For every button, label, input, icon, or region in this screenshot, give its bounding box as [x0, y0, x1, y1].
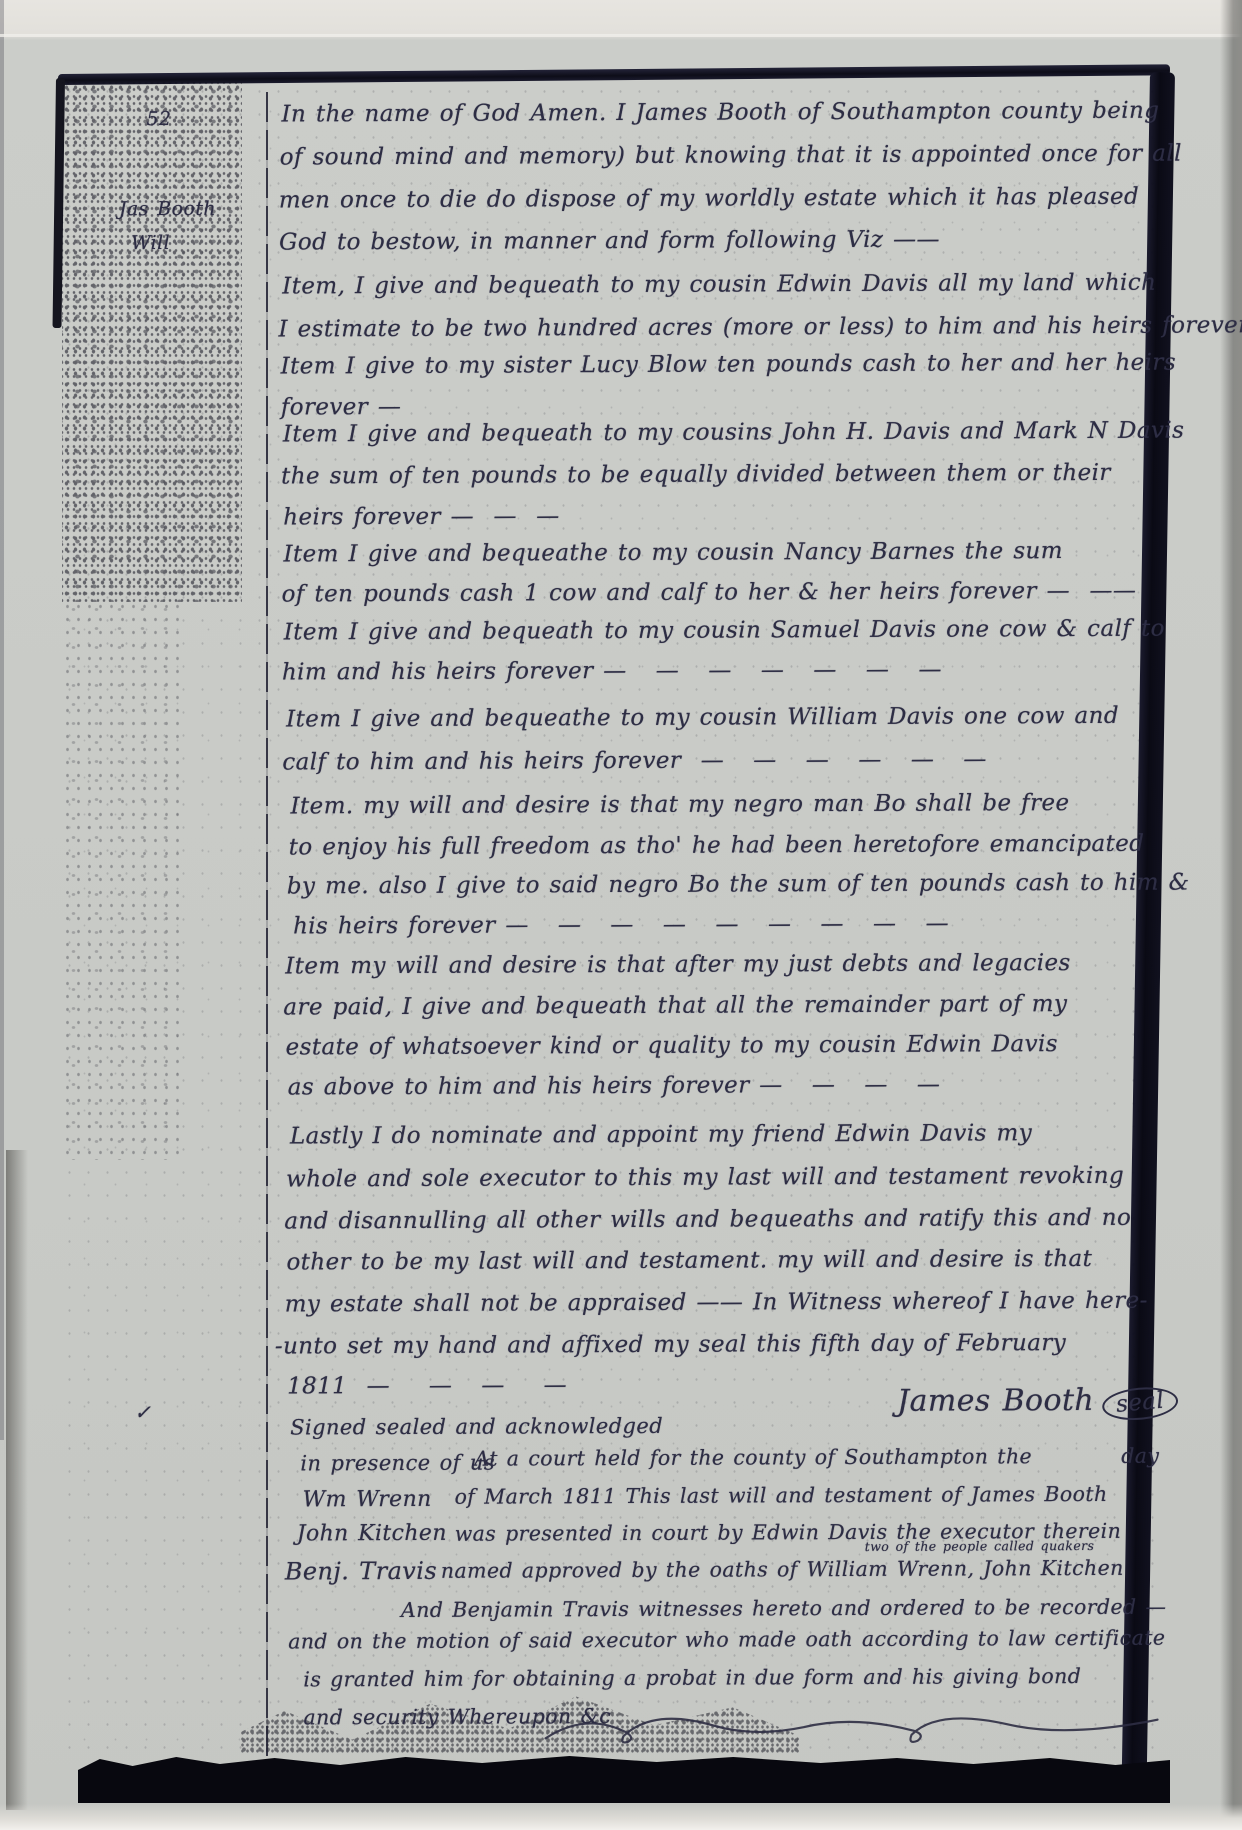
scanned-will-page: 52 Jas Booth Will ✓ In the name of God A…	[0, 0, 1242, 1830]
probate-lines-line: named approved by the oaths of William W…	[441, 1556, 1124, 1583]
signature-james-booth: James Boothseal	[897, 1383, 1178, 1421]
witness-list-line: Benj. Travis	[285, 1557, 437, 1586]
signature-name: James Booth	[897, 1383, 1094, 1419]
body-lines-line: as above to him and his heirs forever — …	[288, 1072, 941, 1101]
margin-note-will: Will	[131, 232, 170, 254]
body-lines-line: Item I give and bequeath to my cousin Sa…	[284, 616, 1165, 646]
body-lines-line: heirs forever — — —	[283, 503, 560, 530]
seal-mark: seal	[1101, 1384, 1180, 1423]
body-lines-line: are paid, I give and bequeath that all t…	[283, 991, 1067, 1020]
body-lines-line: Item my will and desire is that after my…	[285, 950, 1071, 979]
attestation-line-1: Signed sealed and acknowledged	[290, 1414, 663, 1440]
body-lines-line: his heirs forever — — — — — — — — —	[293, 911, 949, 940]
closing-flourish	[543, 1698, 1163, 1761]
body-lines-line: Item. my will and desire is that my negr…	[290, 790, 1069, 819]
attestation-line-2: in presence of us	[300, 1451, 495, 1476]
probate-lines-line: of March 1811 This last will and testame…	[454, 1482, 1107, 1509]
probate-interline-note: two of the people called quakers	[865, 1538, 1095, 1554]
checkmark: ✓	[134, 1400, 151, 1424]
body-lines-line: of ten pounds cash 1 cow and calf to her…	[282, 578, 1137, 608]
probate-text: At a court held for the county of Southa…	[0, 0, 1238, 3]
body-lines-line: Lastly I do nominate and appoint my frie…	[290, 1120, 1032, 1149]
body-lines-line: 1811 — — — —	[287, 1372, 567, 1399]
body-lines-line: whole and sole executor to this my last …	[286, 1163, 1124, 1193]
probate-lines-line: is granted him for obtaining a probat in…	[303, 1664, 1081, 1691]
body-lines-line: God to bestow, in manner and form follow…	[279, 227, 940, 256]
probate-lines-line: And Benjamin Travis witnesses hereto and…	[401, 1595, 1166, 1622]
will-body-text: In the name of God Amen. I James Booth o…	[0, 0, 1238, 3]
body-lines-line: of sound mind and memory) but knowing th…	[280, 141, 1182, 171]
body-lines-line: I estimate to be two hundred acres (more…	[278, 312, 1242, 342]
body-lines-line: estate of whatsoever kind or quality to …	[286, 1031, 1058, 1060]
body-lines-line: my estate shall not be appraised —— In W…	[285, 1288, 1148, 1318]
body-lines-line: Item I give and bequeathe to my cousin W…	[286, 703, 1119, 733]
body-lines-line: him and his heirs forever — — — — — — —	[282, 657, 942, 686]
page-number: 52	[146, 108, 171, 130]
margin-note-name: Jas Booth	[119, 198, 216, 220]
witness-list-line: Wm Wrenn	[302, 1487, 431, 1513]
witness-list: Wm WrennJohn KitchenBenj. Travis	[0, 0, 1238, 3]
body-lines-line: by me. also I give to said negro Bo the …	[287, 870, 1190, 900]
body-lines-line: In the name of God Amen. I James Booth o…	[281, 98, 1159, 128]
body-lines-line: calf to him and his heirs forever — — — …	[282, 746, 987, 775]
body-lines-line: other to be my last will and testament. …	[286, 1246, 1092, 1276]
body-lines-line: men once to die do dispose of my worldly…	[279, 184, 1139, 214]
body-lines-line: to enjoy his full freedom as tho' he had…	[289, 831, 1145, 861]
body-lines-line: the sum of ten pounds to be equally divi…	[281, 460, 1111, 490]
body-lines-line: forever —	[281, 394, 402, 421]
body-lines-line: Item I give and bequeath to my cousins J…	[283, 418, 1185, 448]
probate-lines-line: and on the motion of said executor who m…	[288, 1626, 1165, 1654]
body-lines-line: Item I give to my sister Lucy Blow ten p…	[281, 350, 1177, 380]
body-lines-line: Item I give and bequeathe to my cousin N…	[283, 538, 1063, 567]
body-lines-line: -unto set my hand and affixed my seal th…	[275, 1330, 1066, 1359]
probate-lines-line: At a court held for the county of Southa…	[474, 1444, 1159, 1471]
body-lines-line: Item, I give and bequeath to my cousin E…	[282, 270, 1156, 300]
body-lines-line: and disannulling all other wills and beq…	[284, 1205, 1131, 1235]
witness-list-line: John Kitchen	[297, 1521, 447, 1547]
